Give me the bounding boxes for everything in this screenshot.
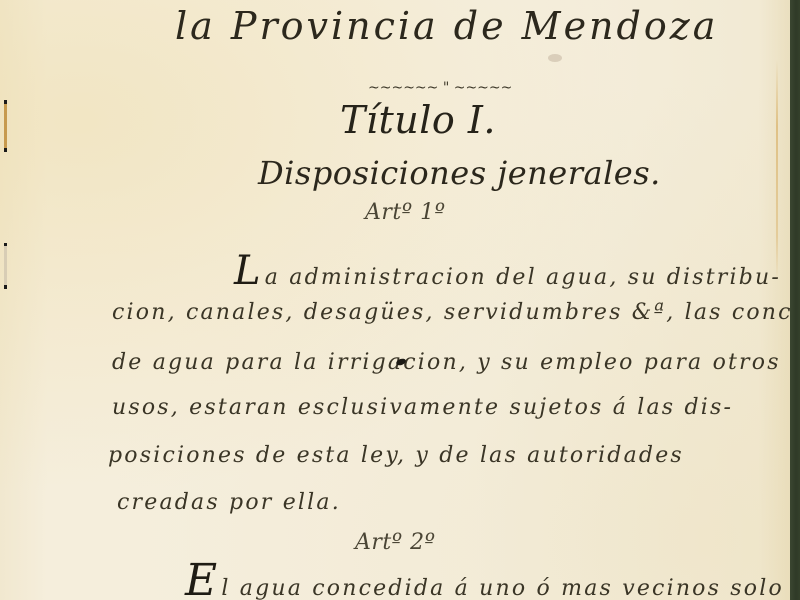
line-text: a administracion del agua, su distribu- (265, 265, 781, 290)
binding-stitch-bottom (4, 243, 7, 289)
article-1-label: Artº 1º (365, 200, 445, 225)
article-1-line-3: de agua para la irrigacion, y su empleo … (112, 350, 781, 375)
heading-province: la Provincia de Mendoza (175, 4, 718, 48)
subtitle-heading: Disposiciones jenerales. (258, 154, 661, 192)
article-2-label: Artº 2º (355, 530, 435, 555)
article-2-line-1: El agua concedida á uno ó mas vecinos so… (185, 555, 784, 600)
page-fold-line (776, 60, 778, 280)
dropcap-letter: L (234, 248, 263, 294)
title-ornament: ~~~~~~ " ~~~~~ (368, 80, 512, 96)
book-cover-edge (790, 0, 800, 600)
paper-stain (548, 54, 562, 62)
article-1-line-2: cion, canales, desagües, servidumbres &ª… (112, 300, 800, 325)
manuscript-page: la Provincia de Mendoza ~~~~~~ " ~~~~~ T… (0, 0, 790, 600)
article-1-line-1: La administracion del agua, su distribu- (234, 248, 781, 294)
title-heading: Título I. (340, 98, 496, 142)
line-text: l agua concedida á uno ó mas vecinos sol… (221, 576, 784, 600)
dropcap-letter: E (185, 555, 219, 600)
article-1-line-4: usos, estaran esclusivamente sujetos á l… (112, 395, 733, 420)
article-1-line-5: posiciones de esta ley, y de las autorid… (108, 443, 684, 468)
article-1-line-6: creadas por ella. (117, 490, 341, 515)
binding-stitch-top (4, 100, 7, 152)
